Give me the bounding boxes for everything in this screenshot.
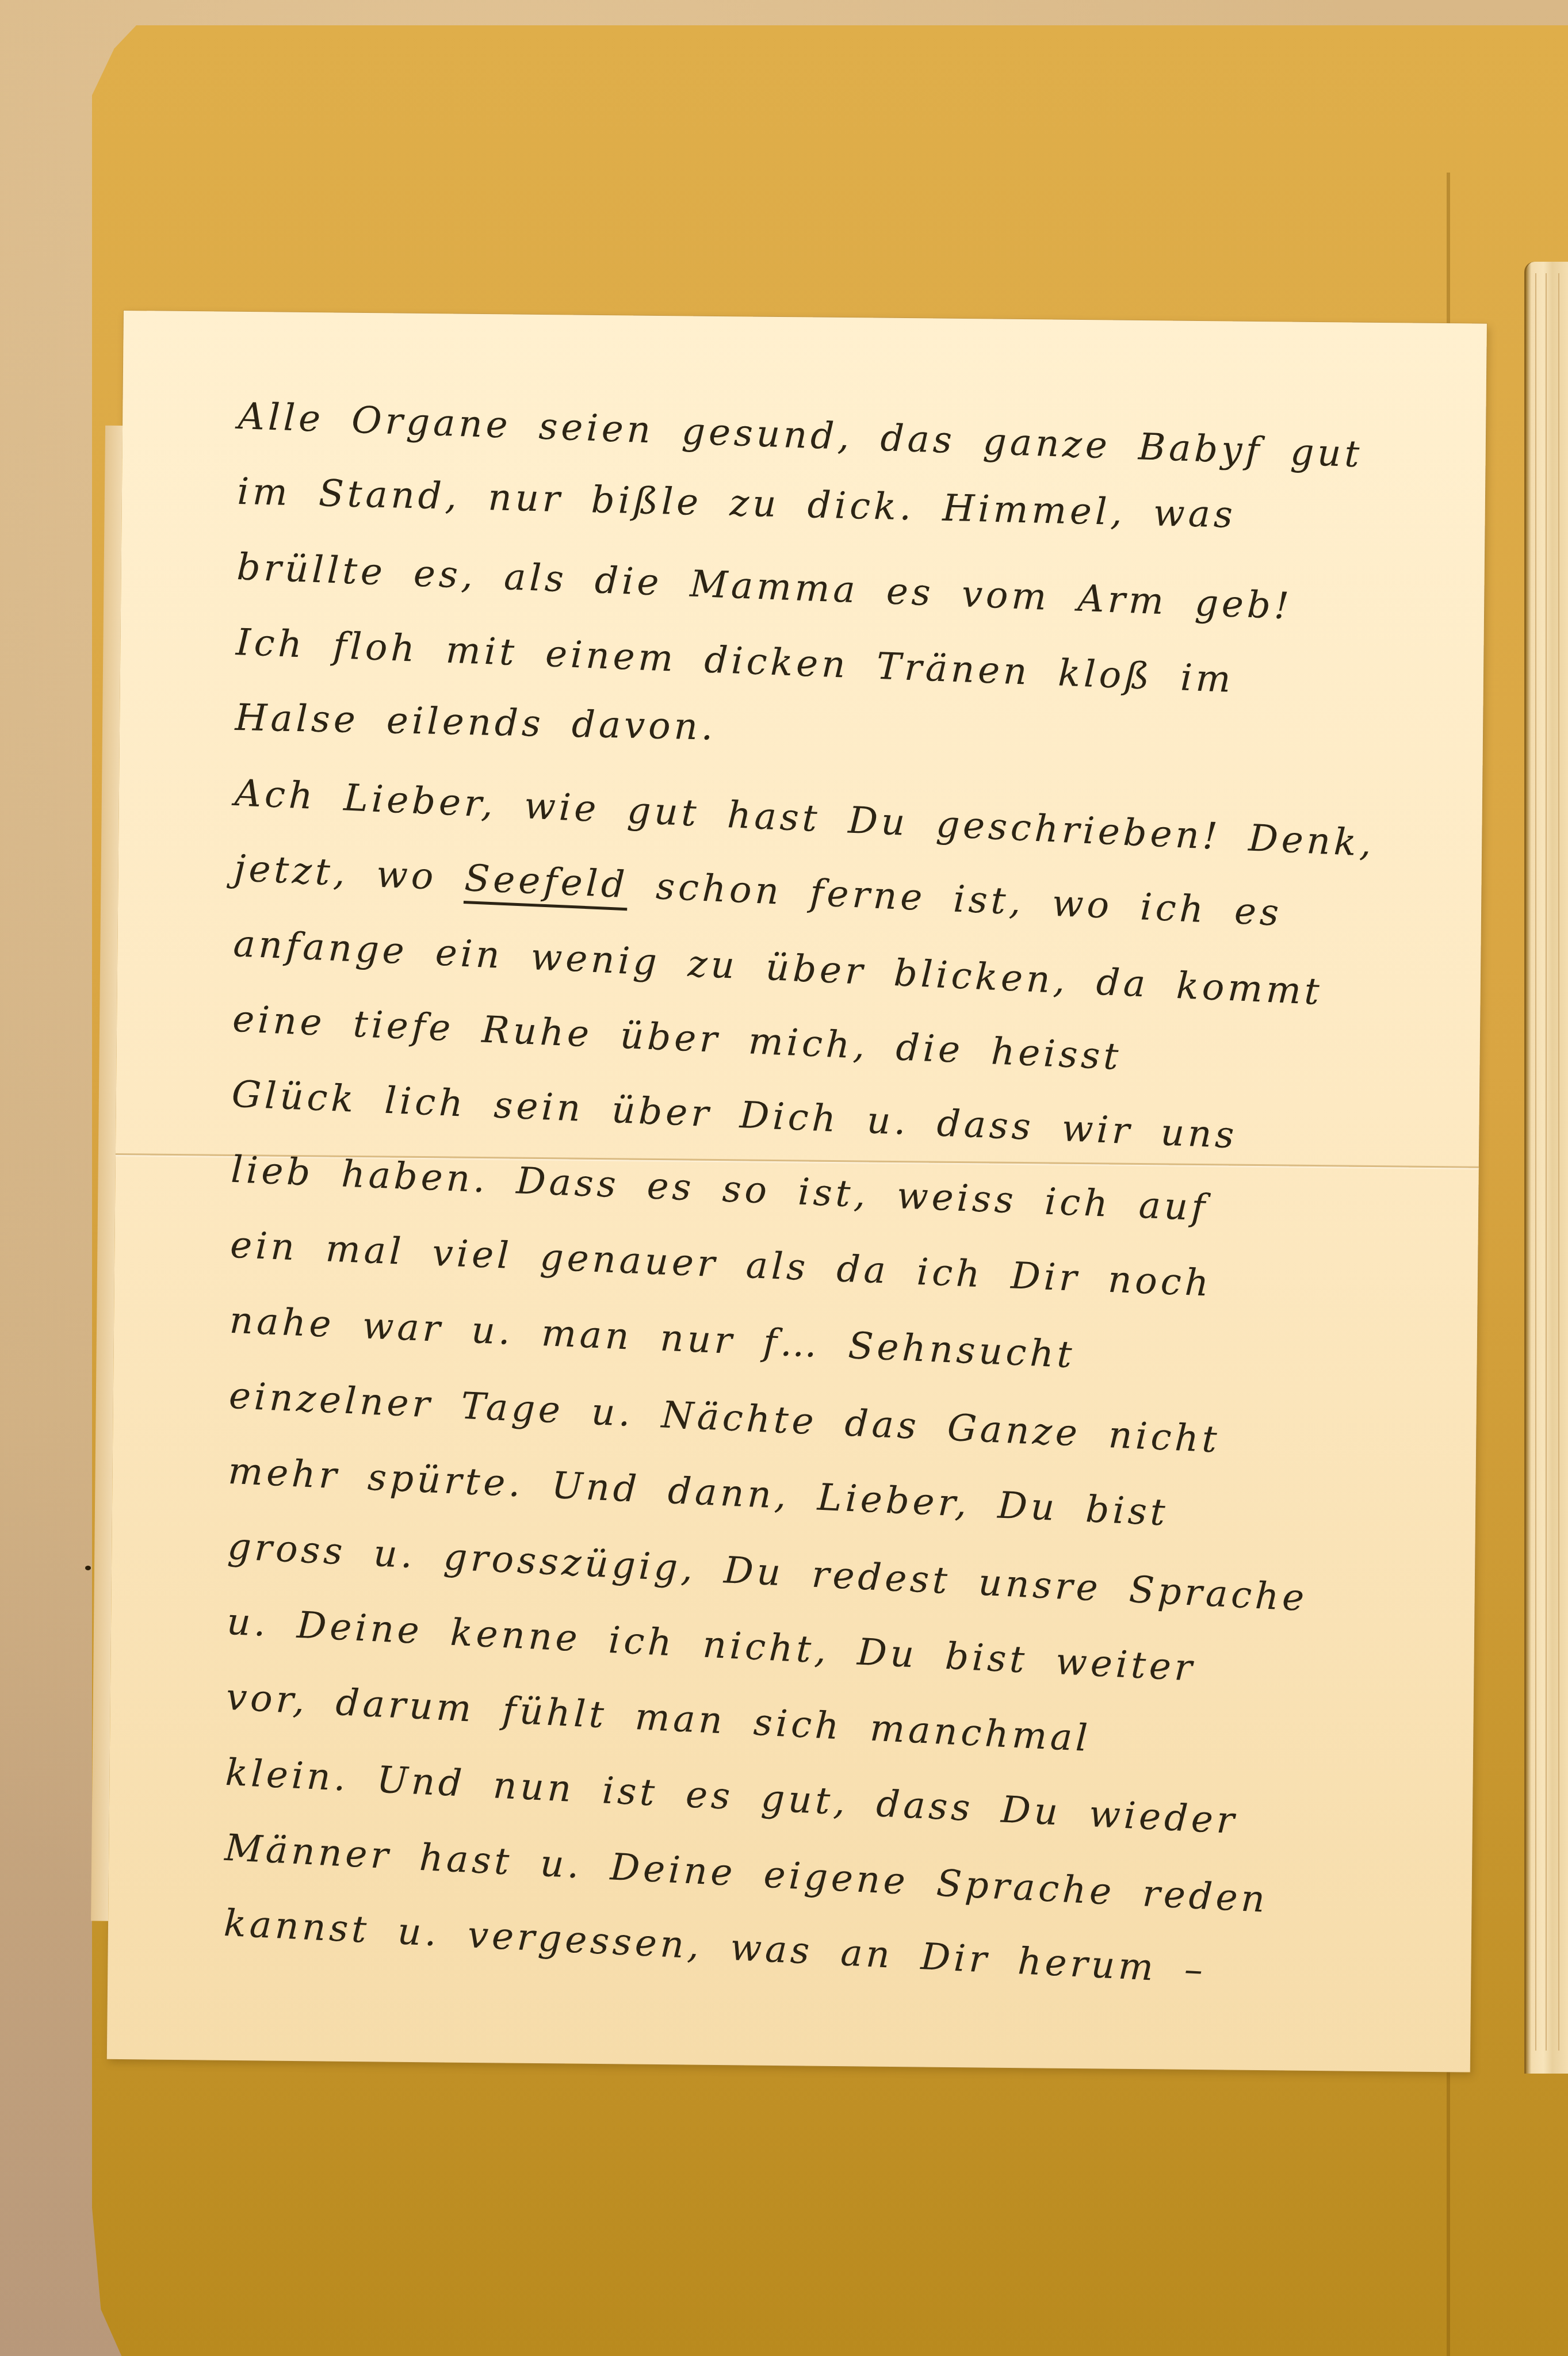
stack-sheet-edge (1535, 273, 1536, 2051)
underlined-place-name: Seefeld (464, 857, 629, 907)
stack-sheet-edge (1546, 273, 1547, 2051)
stack-sheet-edge (1558, 273, 1559, 2051)
letter-page: Alle Organe seien gesund, das ganze Baby… (107, 311, 1487, 2072)
ink-mark (85, 1566, 91, 1570)
adjacent-paper-stack (1524, 262, 1568, 2074)
letter-body: Alle Organe seien gesund, das ganze Baby… (223, 398, 1445, 1992)
text-fragment: jetzt, wo (233, 847, 465, 900)
